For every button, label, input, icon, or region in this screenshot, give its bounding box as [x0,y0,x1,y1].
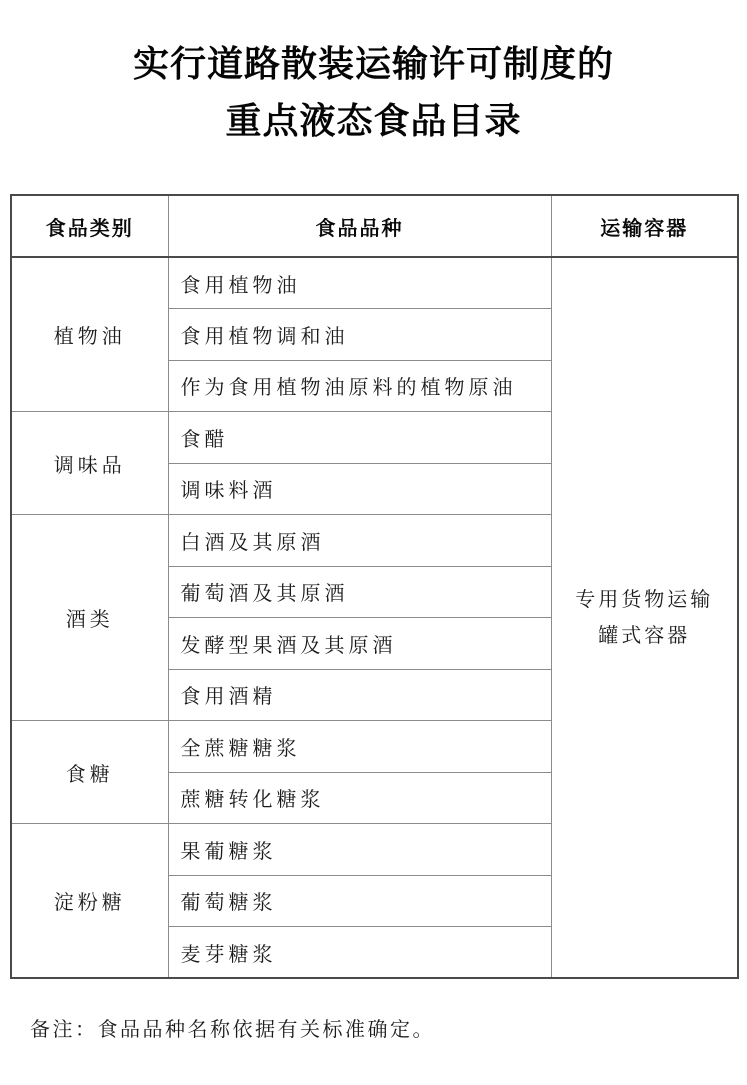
item-cell: 食醋 [168,412,551,464]
page-title: 实行道路散装运输许可制度的 重点液态食品目录 [0,0,747,150]
item-cell: 食用植物调和油 [168,309,551,361]
category-cell-starch-sugar: 淀粉糖 [11,824,168,979]
transport-container-cell: 专用货物运输 罐式容器 [551,257,738,978]
item-cell: 果葡糖浆 [168,824,551,876]
header-food-category: 食品类别 [11,195,168,257]
item-cell: 葡萄糖浆 [168,875,551,927]
category-cell-alcohol: 酒类 [11,515,168,721]
item-cell: 全蔗糖糖浆 [168,721,551,773]
table-row: 植物油 食用植物油 专用货物运输 罐式容器 [11,257,738,309]
item-cell: 发酵型果酒及其原酒 [168,618,551,670]
item-cell: 作为食用植物油原料的植物原油 [168,360,551,412]
header-food-variety: 食品品种 [168,195,551,257]
header-transport-container: 运输容器 [551,195,738,257]
item-cell: 调味料酒 [168,463,551,515]
category-cell-sugar: 食糖 [11,721,168,824]
category-cell-condiments: 调味品 [11,412,168,515]
item-cell: 食用酒精 [168,669,551,721]
header-row: 食品类别 食品品种 运输容器 [11,195,738,257]
item-cell: 白酒及其原酒 [168,515,551,567]
page-title-line-2: 重点液态食品目录 [0,93,747,150]
item-cell: 食用植物油 [168,257,551,309]
page-title-line-1: 实行道路散装运输许可制度的 [0,36,747,93]
item-cell: 葡萄酒及其原酒 [168,566,551,618]
footnote: 备注：食品品种名称依据有关标准确定。 [30,1013,747,1042]
item-cell: 蔗糖转化糖浆 [168,772,551,824]
item-cell: 麦芽糖浆 [168,927,551,979]
category-cell-vegetable-oil: 植物油 [11,257,168,412]
document-page: 实行道路散装运输许可制度的 重点液态食品目录 食品类别 食品品种 运输容器 植物… [0,0,747,1085]
food-catalog-table: 食品类别 食品品种 运输容器 植物油 食用植物油 专用货物运输 罐式容器 食用植… [10,194,739,979]
